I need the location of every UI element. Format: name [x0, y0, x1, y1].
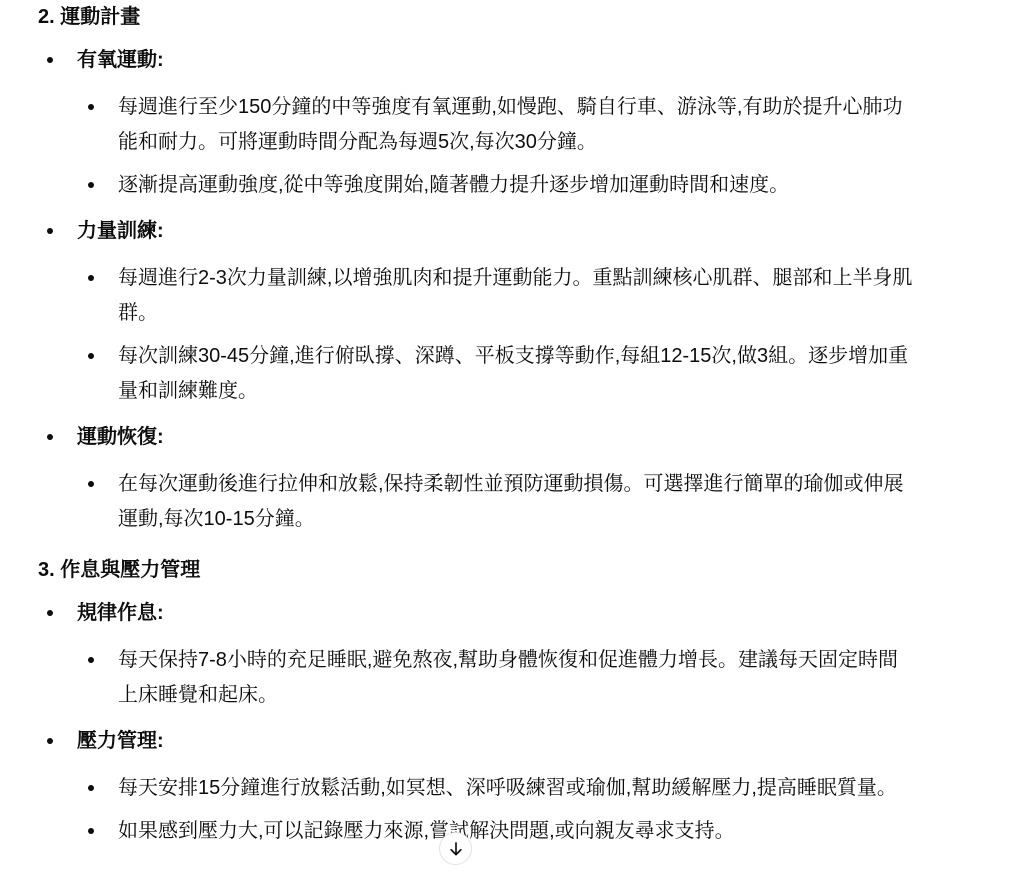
section-exercise-plan: 2. 運動計畫 有氧運動: 每週進行至少150分鐘的中等強度有氧運動,如慢跑、騎… [38, 0, 1024, 537]
nested-list-item: 每天保持7-8小時的充足睡眠,避免熬夜,幫助身體恢復和促進體力增長。建議每天固定… [118, 643, 918, 713]
nested-list-item: 逐漸提高運動強度,從中等強度開始,隨著體力提升逐步增加運動時間和速度。 [118, 168, 918, 203]
nested-list-item: 每次訓練30-45分鐘,進行俯臥撐、深蹲、平板支撐等動作,每組12-15次,做3… [118, 339, 918, 409]
bullet-list: 有氧運動: 每週進行至少150分鐘的中等強度有氧運動,如慢跑、騎自行車、游泳等,… [38, 43, 918, 537]
list-item-recovery: 運動恢復: 在每次運動後進行拉伸和放鬆,保持柔韌性並預防運動損傷。可選擇進行簡單… [77, 420, 918, 537]
section-rest-stress: 3. 作息與壓力管理 規律作息: 每天保持7-8小時的充足睡眠,避免熬夜,幫助身… [38, 553, 1024, 849]
nested-list-item: 每週進行2-3次力量訓練,以增強肌肉和提升運動能力。重點訓練核心肌群、腿部和上半… [118, 261, 918, 331]
list-item-label: 有氧運動: [77, 49, 164, 71]
nested-list-item: 每天安排15分鐘進行放鬆活動,如冥想、深呼吸練習或瑜伽,幫助緩解壓力,提高睡眠質… [118, 771, 918, 806]
nested-bullet-list: 每週進行至少150分鐘的中等強度有氧運動,如慢跑、騎自行車、游泳等,有助於提升心… [77, 90, 918, 203]
nested-list-item: 每週進行至少150分鐘的中等強度有氧運動,如慢跑、騎自行車、游泳等,有助於提升心… [118, 90, 918, 160]
nested-bullet-list: 每天保持7-8小時的充足睡眠,避免熬夜,幫助身體恢復和促進體力增長。建議每天固定… [77, 643, 918, 713]
bullet-list: 規律作息: 每天保持7-8小時的充足睡眠,避免熬夜,幫助身體恢復和促進體力增長。… [38, 596, 918, 849]
nested-bullet-list: 每週進行2-3次力量訓練,以增強肌肉和提升運動能力。重點訓練核心肌群、腿部和上半… [77, 261, 918, 409]
list-item-label: 規律作息: [77, 602, 164, 624]
nested-list-item: 在每次運動後進行拉伸和放鬆,保持柔韌性並預防運動損傷。可選擇進行簡單的瑜伽或伸展… [118, 467, 918, 537]
list-item-label: 壓力管理: [77, 730, 164, 752]
nested-bullet-list: 每天安排15分鐘進行放鬆活動,如冥想、深呼吸練習或瑜伽,幫助緩解壓力,提高睡眠質… [77, 771, 918, 849]
arrow-down-icon [447, 840, 465, 858]
list-item-label: 力量訓練: [77, 220, 164, 242]
section-heading: 3. 作息與壓力管理 [38, 553, 918, 588]
list-item-aerobic: 有氧運動: 每週進行至少150分鐘的中等強度有氧運動,如慢跑、騎自行車、游泳等,… [77, 43, 918, 203]
list-item-routine: 規律作息: 每天保持7-8小時的充足睡眠,避免熬夜,幫助身體恢復和促進體力增長。… [77, 596, 918, 713]
list-item-stress: 壓力管理: 每天安排15分鐘進行放鬆活動,如冥想、深呼吸練習或瑜伽,幫助緩解壓力… [77, 724, 918, 849]
section-heading: 2. 運動計畫 [38, 0, 918, 35]
list-item-label: 運動恢復: [77, 426, 164, 448]
nested-bullet-list: 在每次運動後進行拉伸和放鬆,保持柔韌性並預防運動損傷。可選擇進行簡單的瑜伽或伸展… [77, 467, 918, 537]
scroll-to-bottom-button[interactable] [439, 832, 472, 865]
list-item-strength: 力量訓練: 每週進行2-3次力量訓練,以增強肌肉和提升運動能力。重點訓練核心肌群… [77, 214, 918, 409]
markdown-response: 2. 運動計畫 有氧運動: 每週進行至少150分鐘的中等強度有氧運動,如慢跑、騎… [0, 0, 1024, 887]
nested-list-item: 如果感到壓力大,可以記錄壓力來源,嘗試解決問題,或向親友尋求支持。 [118, 814, 918, 849]
